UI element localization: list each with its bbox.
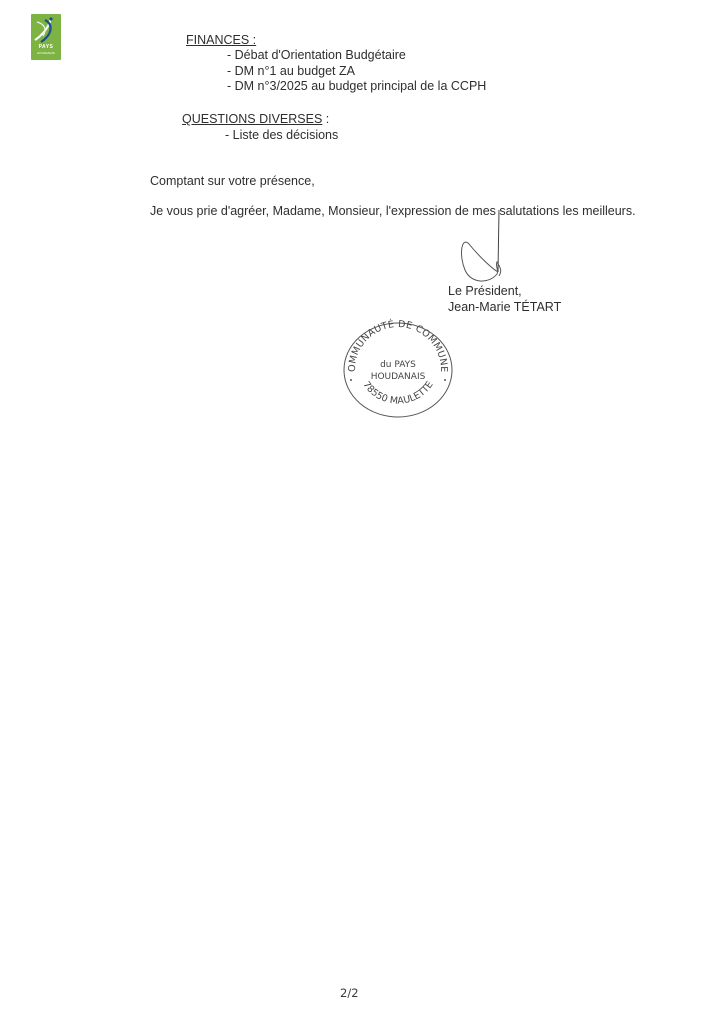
handwritten-signature-icon [455,208,515,288]
page-number: 2/2 [340,986,359,1000]
questions-heading-label: QUESTIONS DIVERSES [182,112,322,126]
stamp-center-line-2: HOUDANAIS [371,372,426,382]
stamp-center-line-1: du PAYS [380,360,416,370]
finances-item-2: - DM n°1 au budget ZA [227,64,355,79]
finances-item-1: - Débat d'Orientation Budgétaire [227,48,406,63]
logo-subtitle: HOUDANAIS [32,51,60,55]
questions-item-1: - Liste des décisions [225,128,338,143]
finances-heading: FINANCES : [186,33,256,48]
questions-heading-colon: : [322,112,329,126]
finances-item-3: - DM n°3/2025 au budget principal de la … [227,79,486,94]
stamp-ring-bottom: 78550 MAULETTE [360,379,435,406]
official-stamp: COMMUNAUTÉ DE COMMUNES 78550 MAULETTE du… [337,318,457,418]
pays-houdanais-logo: PAYS HOUDANAIS [31,14,61,60]
closing-line-2: Je vous prie d'agréer, Madame, Monsieur,… [150,204,636,219]
logo-title: PAYS [31,44,61,50]
logo-swoosh-icon [31,14,61,44]
closing-line-1: Comptant sur votre présence, [150,174,315,189]
svg-text:78550 MAULETTE: 78550 MAULETTE [360,379,435,406]
questions-heading: QUESTIONS DIVERSES : [182,112,329,127]
signatory-title: Le Président, [448,284,522,299]
signatory-name: Jean-Marie TÉTART [448,300,561,315]
